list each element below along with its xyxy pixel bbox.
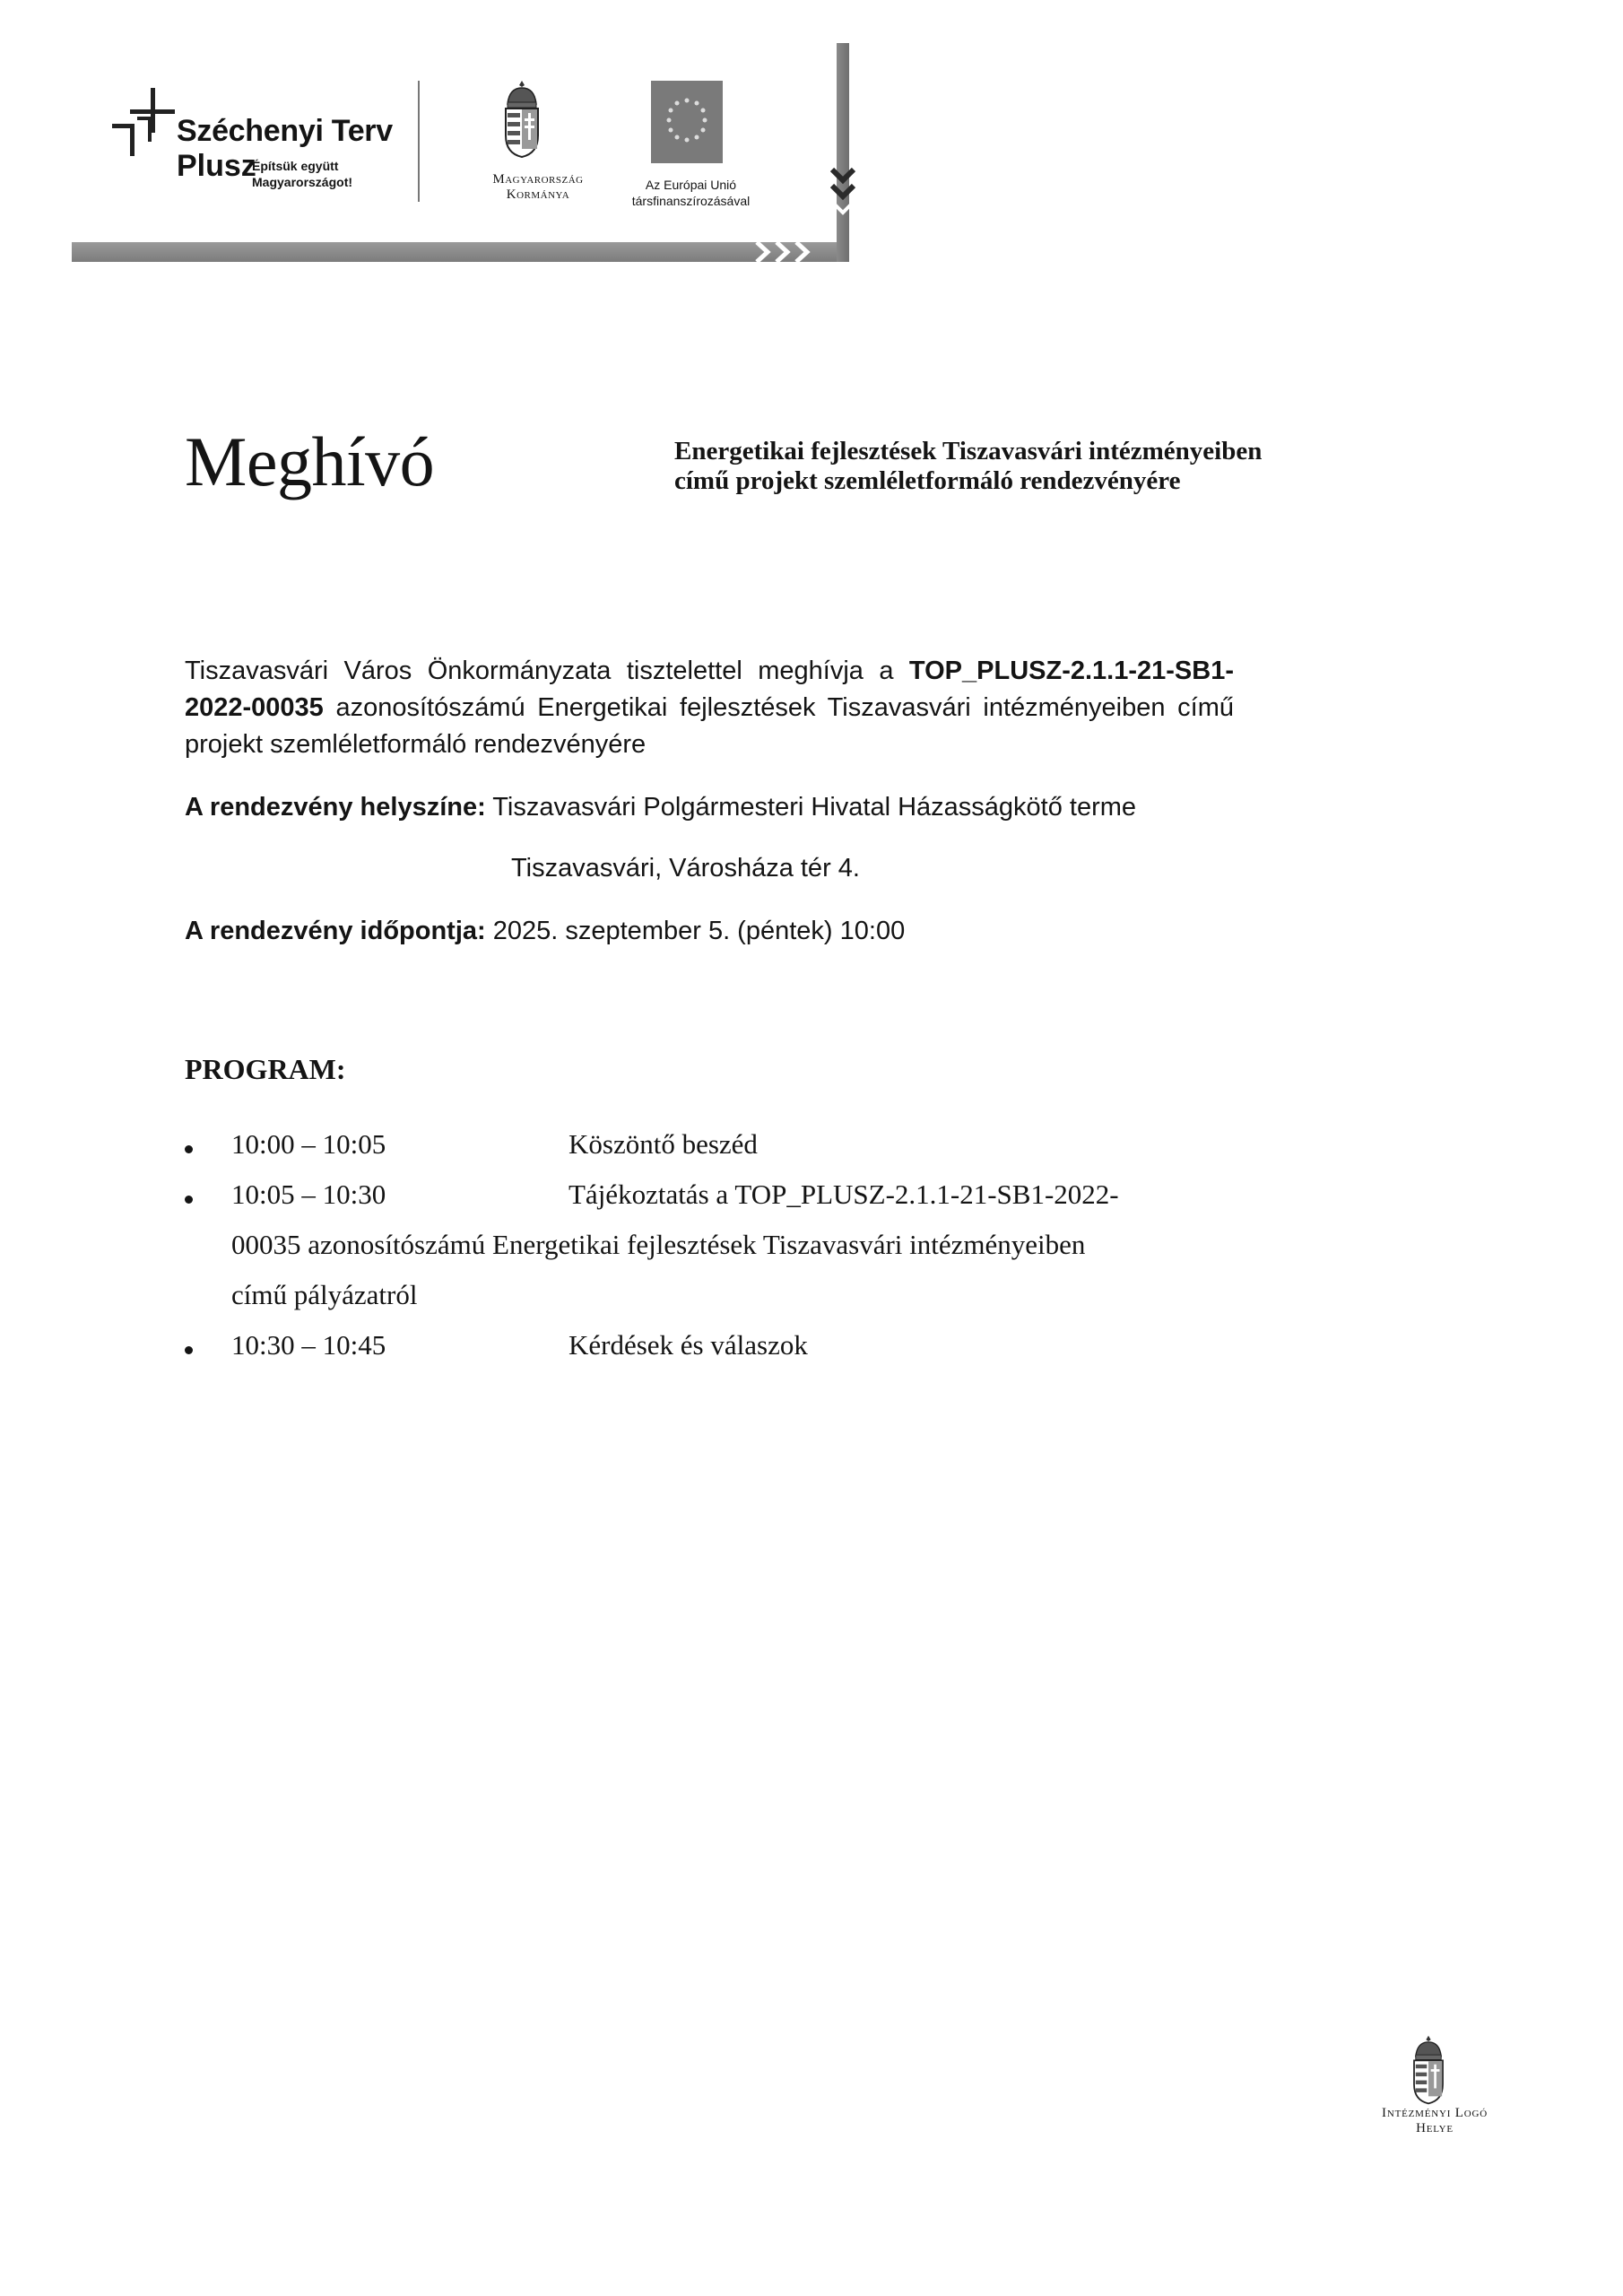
program-item-time: 10:30 – 10:45 bbox=[231, 1329, 386, 1361]
program-heading: PROGRAM: bbox=[185, 1053, 346, 1086]
program-item-continuation: című pályázatról bbox=[231, 1279, 417, 1311]
document-title: Meghívó bbox=[185, 422, 434, 502]
institution-coat-of-arms-icon bbox=[1410, 2034, 1447, 2106]
intro-paragraph: Tiszavasvári Város Önkormányzata tisztel… bbox=[185, 653, 1234, 763]
hungarian-coat-of-arms-icon bbox=[502, 79, 542, 160]
document-subtitle: Energetikai fejlesztések Tiszavasvári in… bbox=[674, 437, 1262, 496]
institution-logo-placeholder: Intézményi Logó Helye bbox=[1358, 2106, 1511, 2136]
chevron-down-icon bbox=[830, 166, 855, 220]
event-location: A rendezvény helyszíne: Tiszavasvári Pol… bbox=[185, 793, 1136, 822]
szechenyi-cross-icon bbox=[112, 86, 175, 158]
program-item-title: Tájékoztatás a TOP_PLUSZ-2.1.1-21-SB1-20… bbox=[568, 1178, 1119, 1211]
header-bar-horizontal bbox=[72, 242, 847, 262]
szechenyi-tagline: Építsük együtt Magyarországot! bbox=[252, 158, 352, 190]
program-item-title: Kérdések és válaszok bbox=[568, 1329, 808, 1361]
program-item-time: 10:05 – 10:30 bbox=[231, 1178, 386, 1211]
bullet-icon bbox=[185, 1346, 193, 1354]
szechenyi-title: Széchenyi Terv bbox=[177, 114, 393, 149]
chevron-right-icon bbox=[753, 242, 825, 262]
eu-cofinancing-label: Az Európai Unió társfinanszírozásával bbox=[617, 177, 765, 209]
bullet-icon bbox=[185, 1196, 193, 1204]
header-divider bbox=[418, 81, 420, 202]
program-item-title: Köszöntő beszéd bbox=[568, 1128, 758, 1161]
bullet-icon bbox=[185, 1145, 193, 1153]
program-item-time: 10:00 – 10:05 bbox=[231, 1128, 386, 1161]
event-address: Tiszavasvári, Városháza tér 4. bbox=[511, 854, 860, 883]
szechenyi-plus: Plusz bbox=[177, 149, 256, 184]
program-item-continuation: 00035 azonosítószámú Energetikai fejlesz… bbox=[231, 1229, 1085, 1261]
eu-flag-icon bbox=[651, 81, 723, 163]
header-bar-vertical bbox=[837, 43, 849, 262]
government-label: Magyarország Kormánya bbox=[453, 172, 623, 203]
event-date: A rendezvény időpontja: 2025. szeptember… bbox=[185, 917, 905, 946]
